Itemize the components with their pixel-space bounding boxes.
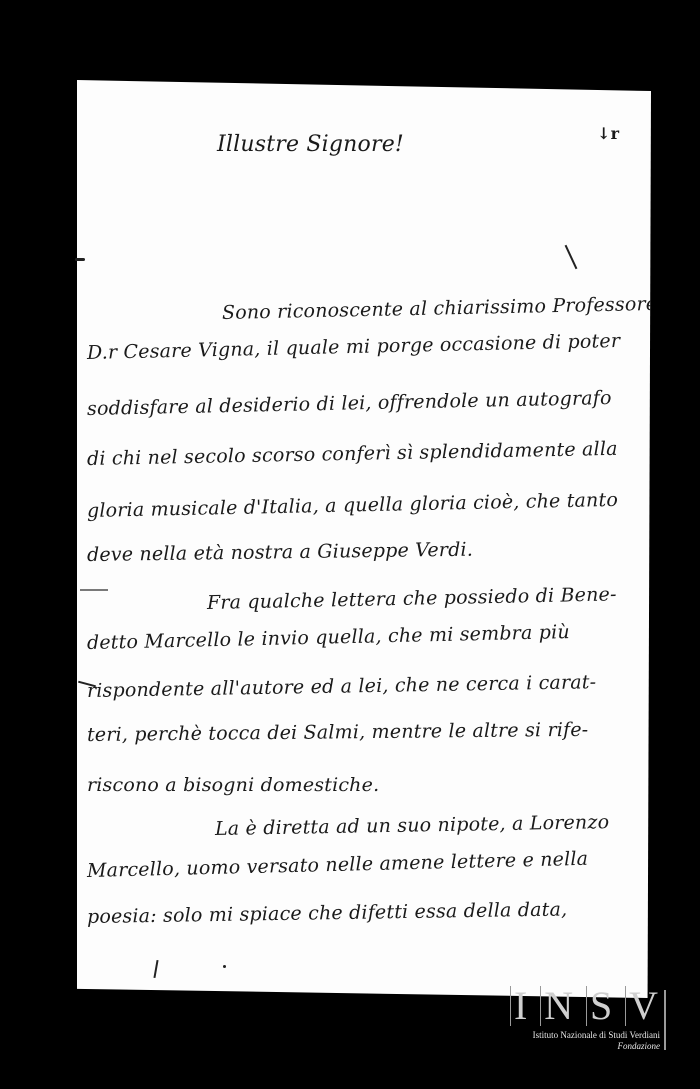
- letter-line: rispondente all'autore ed a lei, che ne …: [87, 671, 597, 702]
- ink-dot: [223, 965, 226, 968]
- logo-letter: V: [625, 986, 660, 1026]
- letter-line: Marcello, uomo versato nelle amene lette…: [87, 848, 589, 882]
- ink-stroke: [565, 245, 578, 269]
- logo-letter: I: [510, 986, 529, 1026]
- letter-line: Fra qualche lettera che possiedo di Bene…: [207, 583, 617, 614]
- letter-line: detto Marcello le invio quella, che mi s…: [87, 621, 570, 654]
- institute-name: Istituto Nazionale di Studi Verdiani: [510, 1030, 660, 1040]
- margin-mark: [75, 258, 85, 261]
- page-mark: ↓r: [597, 124, 619, 143]
- letter-line: teri, perchè tocca dei Salmi, mentre le …: [87, 719, 589, 746]
- margin-mark: [80, 589, 108, 591]
- institute-subtitle: Fondazione: [510, 1041, 660, 1051]
- letter-line: soddisfare al desiderio di lei, offrendo…: [87, 387, 612, 420]
- ink-stroke: [153, 960, 158, 978]
- letter-page: Illustre Signore! ↓r Sono riconoscente a…: [77, 80, 651, 998]
- letter-line: La è diretta ad un suo nipote, a Lorenzo: [215, 811, 610, 840]
- logo-letter: S: [586, 986, 614, 1026]
- letter-line: di chi nel secolo scorso conferì sì sple…: [87, 438, 618, 470]
- salutation: Illustre Signore!: [217, 132, 404, 157]
- letter-line: Sono riconoscente al chiarissimo Profess…: [222, 293, 658, 324]
- logo-letter: N: [540, 986, 575, 1026]
- letter-line: riscono a bisogni domestiche.: [87, 774, 379, 796]
- logo-letters: I N S V: [510, 990, 660, 1026]
- letter-line: poesia: solo mi spiace che difetti essa …: [87, 898, 568, 928]
- letter-line: gloria musicale d'Italia, a quella glori…: [87, 489, 618, 522]
- logo-divider: [664, 990, 666, 1050]
- letter-line: deve nella età nostra a Giuseppe Verdi.: [87, 539, 473, 566]
- letter-line: D.r Cesare Vigna, il quale mi porge occa…: [87, 330, 621, 364]
- insv-watermark-logo: I N S V Istituto Nazionale di Studi Verd…: [510, 990, 660, 1050]
